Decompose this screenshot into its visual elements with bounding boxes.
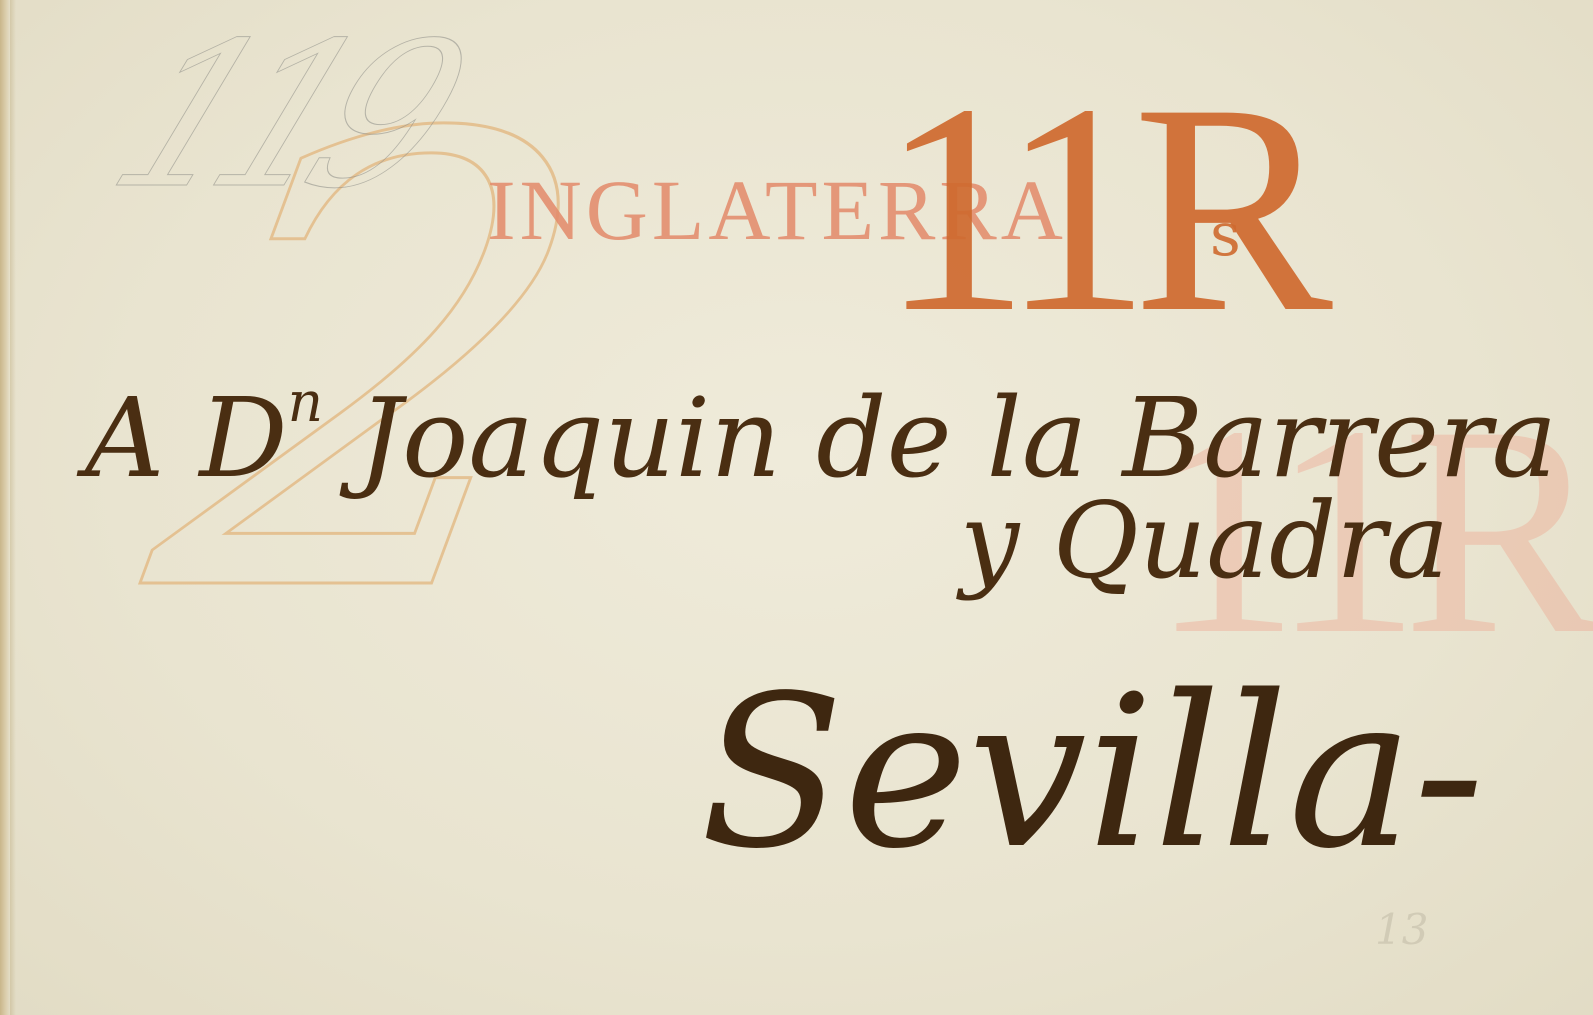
address-salutation: A D: [85, 374, 288, 502]
rate-handstamp-suffix: s: [1210, 200, 1241, 270]
postal-cover: 2 119 INGLATERRA 11R s 11R A Dn Joaquin …: [0, 0, 1593, 1015]
address-line-2: y Quadra: [960, 480, 1449, 602]
address-city: Sevilla-: [700, 650, 1484, 895]
paper-edge: [0, 0, 10, 1015]
pencil-mark-bottom: 13: [1375, 905, 1428, 954]
paper-edge-shadow: [10, 0, 16, 1015]
rate-handstamp: 11R: [880, 58, 1315, 358]
address-superscript: n: [288, 370, 323, 434]
